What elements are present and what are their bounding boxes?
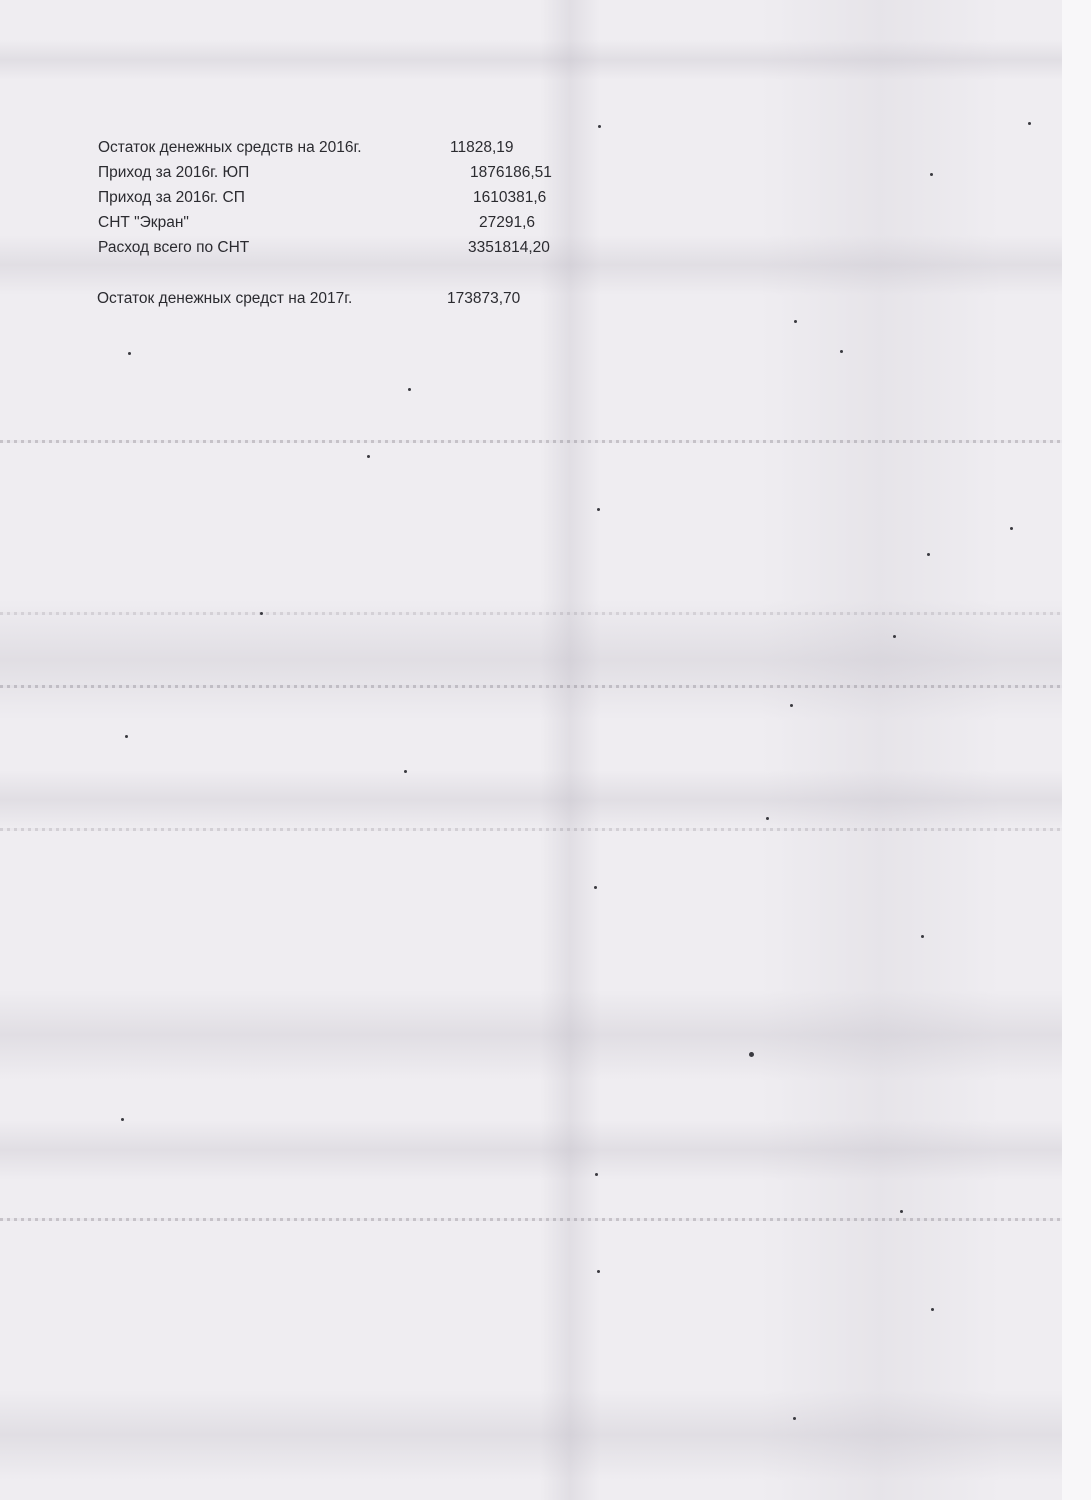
scan-speck [900,1210,903,1213]
scan-speck [790,704,793,707]
scan-speck [128,352,131,355]
scan-speck [749,1052,754,1057]
scan-streak [0,828,1062,831]
scan-speck [598,125,601,128]
scan-speck [931,1308,934,1311]
row-label: Остаток денежных средст на 2017г. [97,289,352,309]
scan-streak [0,1218,1062,1221]
row-value: 1876186,51 [470,163,552,183]
scan-speck [121,1118,124,1121]
scan-speck [408,388,411,391]
scan-vband [760,0,1000,1500]
row-label: Расход всего по СНТ [98,238,249,258]
row-value: 1610381,6 [473,188,546,208]
scan-streak [0,612,1062,615]
scan-streak [0,685,1062,688]
scan-speck [840,350,843,353]
scan-speck [793,1417,796,1420]
scan-speck [597,508,600,511]
scan-speck [404,770,407,773]
scan-speck [927,553,930,556]
scan-streak [0,440,1062,443]
scan-speck [794,320,797,323]
scan-vband [540,0,600,1500]
row-label: Приход за 2016г. СП [98,188,245,208]
row-label: СНТ "Экран" [98,213,189,233]
row-value: 3351814,20 [468,238,550,258]
scan-speck [594,886,597,889]
scan-speck [597,1270,600,1273]
scan-speck [595,1173,598,1176]
scanner-bed-edge [1062,0,1091,1500]
row-label: Остаток денежных средств на 2016г. [98,138,362,158]
scan-speck [260,612,263,615]
row-value: 11828,19 [450,138,514,158]
row-value: 173873,70 [447,289,520,309]
row-label: Приход за 2016г. ЮП [98,163,249,183]
scan-speck [1010,527,1013,530]
scan-speck [125,735,128,738]
row-value: 27291,6 [479,213,535,233]
scan-speck [893,635,896,638]
scan-speck [367,455,370,458]
scan-speck [930,173,933,176]
scan-speck [766,817,769,820]
scan-speck [1028,122,1031,125]
scan-speck [921,935,924,938]
